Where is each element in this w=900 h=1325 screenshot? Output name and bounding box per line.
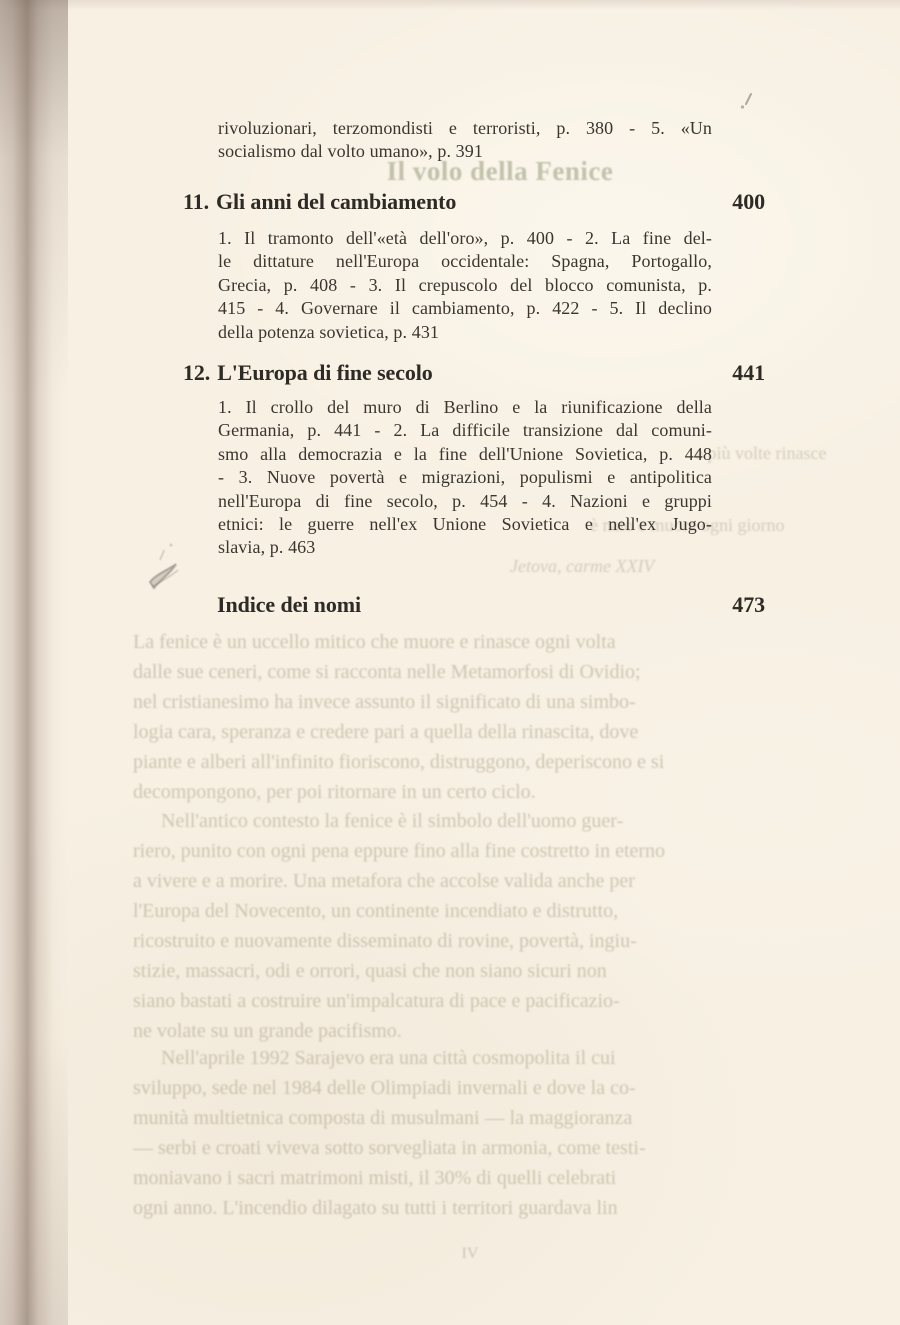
binding-gutter-shadow: [0, 0, 68, 1325]
toc-carryover-line: socialismo dal volto umano», p. 391: [218, 140, 712, 163]
toc-entry-number: 11.: [183, 189, 209, 214]
toc-summary-line: Grecia, p. 408 - 3. Il crepuscolo del bl…: [218, 274, 712, 297]
toc-entry-title: L'Europa di fine secolo: [217, 360, 433, 385]
toc-entry-heading: 12.L'Europa di fine secolo 441: [183, 360, 765, 388]
toc-entry-heading: Indice dei nomi 473: [217, 592, 765, 620]
toc-summary-line: etnici: le guerre nell'ex Unione Sovieti…: [218, 513, 712, 536]
toc-summary-line: - 3. Nuove povertà e migrazioni, populis…: [218, 466, 712, 489]
toc-summary-line: Germania, p. 441 - 2. La difficile trans…: [218, 419, 712, 442]
toc-summary-line: 415 - 4. Governare il cambiamento, p. 42…: [218, 297, 712, 320]
toc-entry-summary: 1. Il tramonto dell'«età dell'oro», p. 4…: [218, 227, 712, 344]
toc-entry-title: Gli anni del cambiamento: [216, 189, 456, 214]
toc-entry-heading: 11.Gli anni del cambiamento 400: [183, 189, 765, 217]
scanned-book-page: { "toc": { "carryover": [ "rivoluzionari…: [0, 0, 900, 1325]
toc-summary-line: slavia, p. 463: [218, 536, 712, 559]
toc-entry-title: Indice dei nomi: [217, 592, 361, 617]
scan-top-edge-shadow: [0, 0, 900, 10]
toc-entry-number: 12.: [183, 360, 210, 385]
toc-entry-page-number: 473: [732, 592, 765, 618]
toc-entry-page-number: 400: [732, 189, 765, 215]
toc-entry-summary: 1. Il crollo del muro di Berlino e la ri…: [218, 396, 712, 560]
toc-entry-page-number: 441: [732, 360, 765, 386]
toc-summary-line: 1. Il tramonto dell'«età dell'oro», p. 4…: [218, 227, 712, 250]
toc-carryover-block: rivoluzionari, terzomondisti e terrorist…: [218, 117, 712, 164]
toc-summary-line: nell'Europa di fine secolo, p. 454 - 4. …: [218, 490, 712, 513]
toc-carryover-line: rivoluzionari, terzomondisti e terrorist…: [218, 117, 712, 140]
toc-summary-line: le dittature nell'Europa occidentale: Sp…: [218, 250, 712, 273]
toc-summary-line: 1. Il crollo del muro di Berlino e la ri…: [218, 396, 712, 419]
toc-summary-line: smo alla democrazia e la fine dell'Union…: [218, 443, 712, 466]
toc-summary-line: della potenza sovietica, p. 431: [218, 321, 712, 344]
